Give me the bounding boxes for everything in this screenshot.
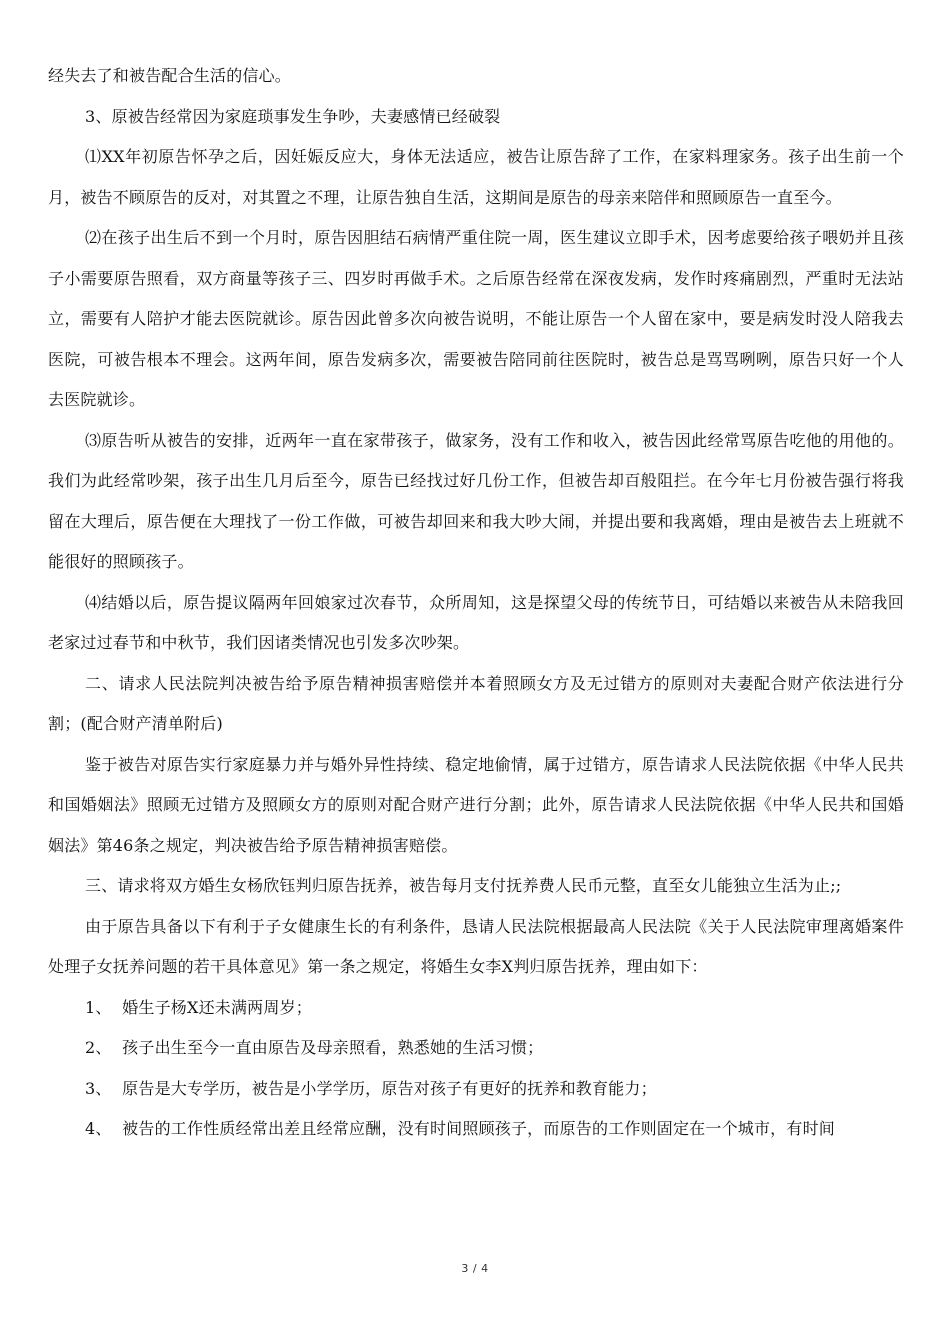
list-number: 4、 [85,1119,112,1138]
paragraph-sub-1: ⑴XX年初原告怀孕之后，因妊娠反应大，身体无法适应，被告让原告辞了工作，在家料理… [48,137,904,218]
heading-point-3: 3、原被告经常因为家庭琐事发生争吵，夫妻感情已经破裂 [48,97,904,138]
paragraph-sub-2: ⑵在孩子出生后不到一个月时，原告因胆结石病情严重住院一周，医生建议立即手术，因考… [48,218,904,421]
paragraph-sub-4: ⑷结婚以后，原告提议隔两年回娘家过次春节，众所周知，这是探望父母的传统节日，可结… [48,583,904,664]
list-number: 2、 [85,1038,112,1057]
list-number: 3、 [85,1079,112,1098]
paragraph-custody-basis: 由于原告具备以下有利于子女健康生长的有利条件，恳请人民法院根据最高人民法院《关于… [48,907,904,988]
list-text: 孩子出生至今一直由原告及母亲照看，熟悉她的生活习惯； [122,1038,543,1057]
list-item: 2、 孩子出生至今一直由原告及母亲照看，熟悉她的生活习惯； [48,1028,904,1069]
list-item: 3、 原告是大专学历，被告是小学学历，原告对孩子有更好的抚养和教育能力； [48,1069,904,1110]
list-text: 被告的工作性质经常出差且经常应酬，没有时间照顾孩子，而原告的工作则固定在一个城市… [122,1119,835,1138]
heading-request-2: 二、请求人民法院判决被告给予原告精神损害赔偿并本着照顾女方及无过错方的原则对夫妻… [48,664,904,745]
document-page: 经失去了和被告配合生活的信心。 3、原被告经常因为家庭琐事发生争吵，夫妻感情已经… [48,56,904,1150]
page-indicator: 3 / 4 [0,1262,950,1275]
paragraph-sub-3: ⑶原告听从被告的安排，近两年一直在家带孩子，做家务，没有工作和收入，被告因此经常… [48,421,904,583]
list-text: 原告是大专学历，被告是小学学历，原告对孩子有更好的抚养和教育能力； [122,1079,657,1098]
paragraph-continuation: 经失去了和被告配合生活的信心。 [48,56,904,97]
list-item: 4、 被告的工作性质经常出差且经常应酬，没有时间照顾孩子，而原告的工作则固定在一… [48,1109,904,1150]
list-text: 婚生子杨X还未满两周岁； [122,998,312,1017]
paragraph-property-division: 鉴于被告对原告实行家庭暴力并与婚外异性持续、稳定地偷情，属于过错方，原告请求人民… [48,745,904,867]
reasons-list: 1、 婚生子杨X还未满两周岁； 2、 孩子出生至今一直由原告及母亲照看，熟悉她的… [48,988,904,1150]
list-item: 1、 婚生子杨X还未满两周岁； [48,988,904,1029]
heading-request-3: 三、请求将双方婚生女杨欣钰判归原告抚养，被告每月支付抚养费人民币元整，直至女儿能… [48,866,904,907]
list-number: 1、 [85,998,112,1017]
